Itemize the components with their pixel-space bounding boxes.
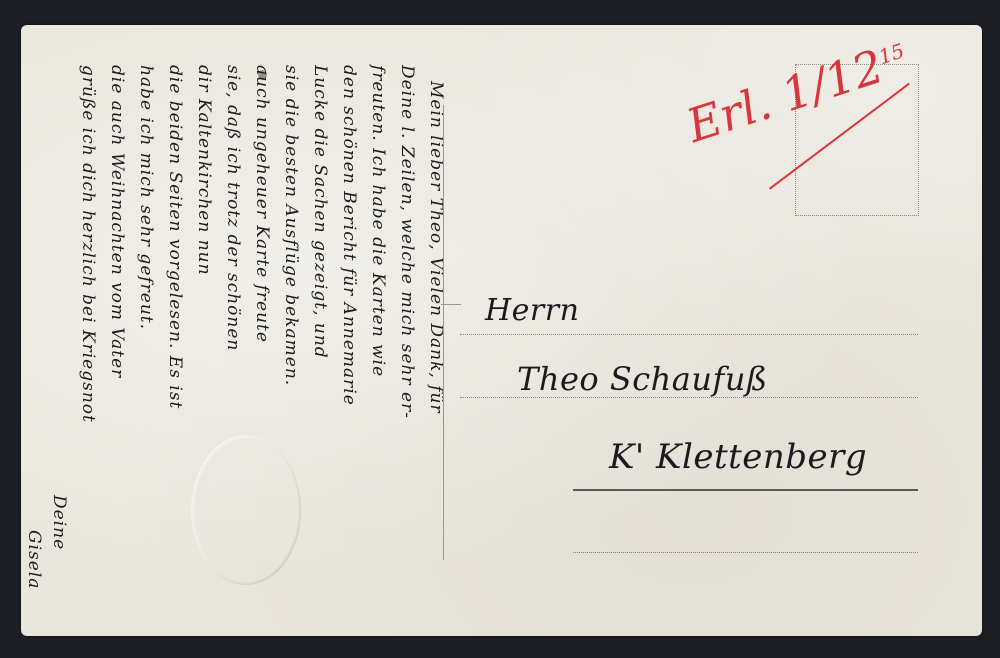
- address-line-3: [573, 489, 918, 491]
- message-line: freuten. Ich habe die Karten wie: [368, 65, 388, 377]
- embossed-seal: [191, 435, 301, 585]
- postcard: Mein lieber Theo, Vielen Dank, für Deine…: [21, 25, 982, 636]
- message-line: die beiden Seiten vorgelesen. Es ist: [165, 65, 185, 409]
- message-line: Deine: [49, 495, 69, 550]
- message-line: sie, daß ich trotz der schönen: [223, 65, 243, 351]
- center-divider: [443, 105, 444, 560]
- message-line: sie die besten Ausflüge bekamen.: [281, 65, 301, 386]
- message-line: auch ungeheuer Karte freute: [252, 65, 272, 343]
- message-line: den schönen Bericht für Annemarie: [339, 65, 359, 406]
- message-line: habe ich mich sehr gefreut.: [136, 65, 156, 330]
- address-name: Theo Schaufuß: [517, 360, 768, 398]
- message-line: grüße ich dich herzlich bei Kriegsnot: [78, 65, 98, 423]
- message-line: die auch Weihnachten vom Vater: [107, 65, 127, 378]
- message-line: Deine l. Zeilen, welche mich sehr er-: [397, 65, 417, 419]
- address-line-4: [573, 552, 918, 553]
- message-line: dir Kaltenkirchen nun: [194, 65, 214, 276]
- address-salutation: Herrn: [485, 293, 579, 328]
- divider-tick: [441, 304, 461, 305]
- address-place: K' Klettenberg: [609, 437, 867, 477]
- message-line: Lucke die Sachen gezeigt, und: [310, 65, 330, 359]
- signature: Gisela: [24, 530, 44, 589]
- address-line-1: [460, 334, 918, 335]
